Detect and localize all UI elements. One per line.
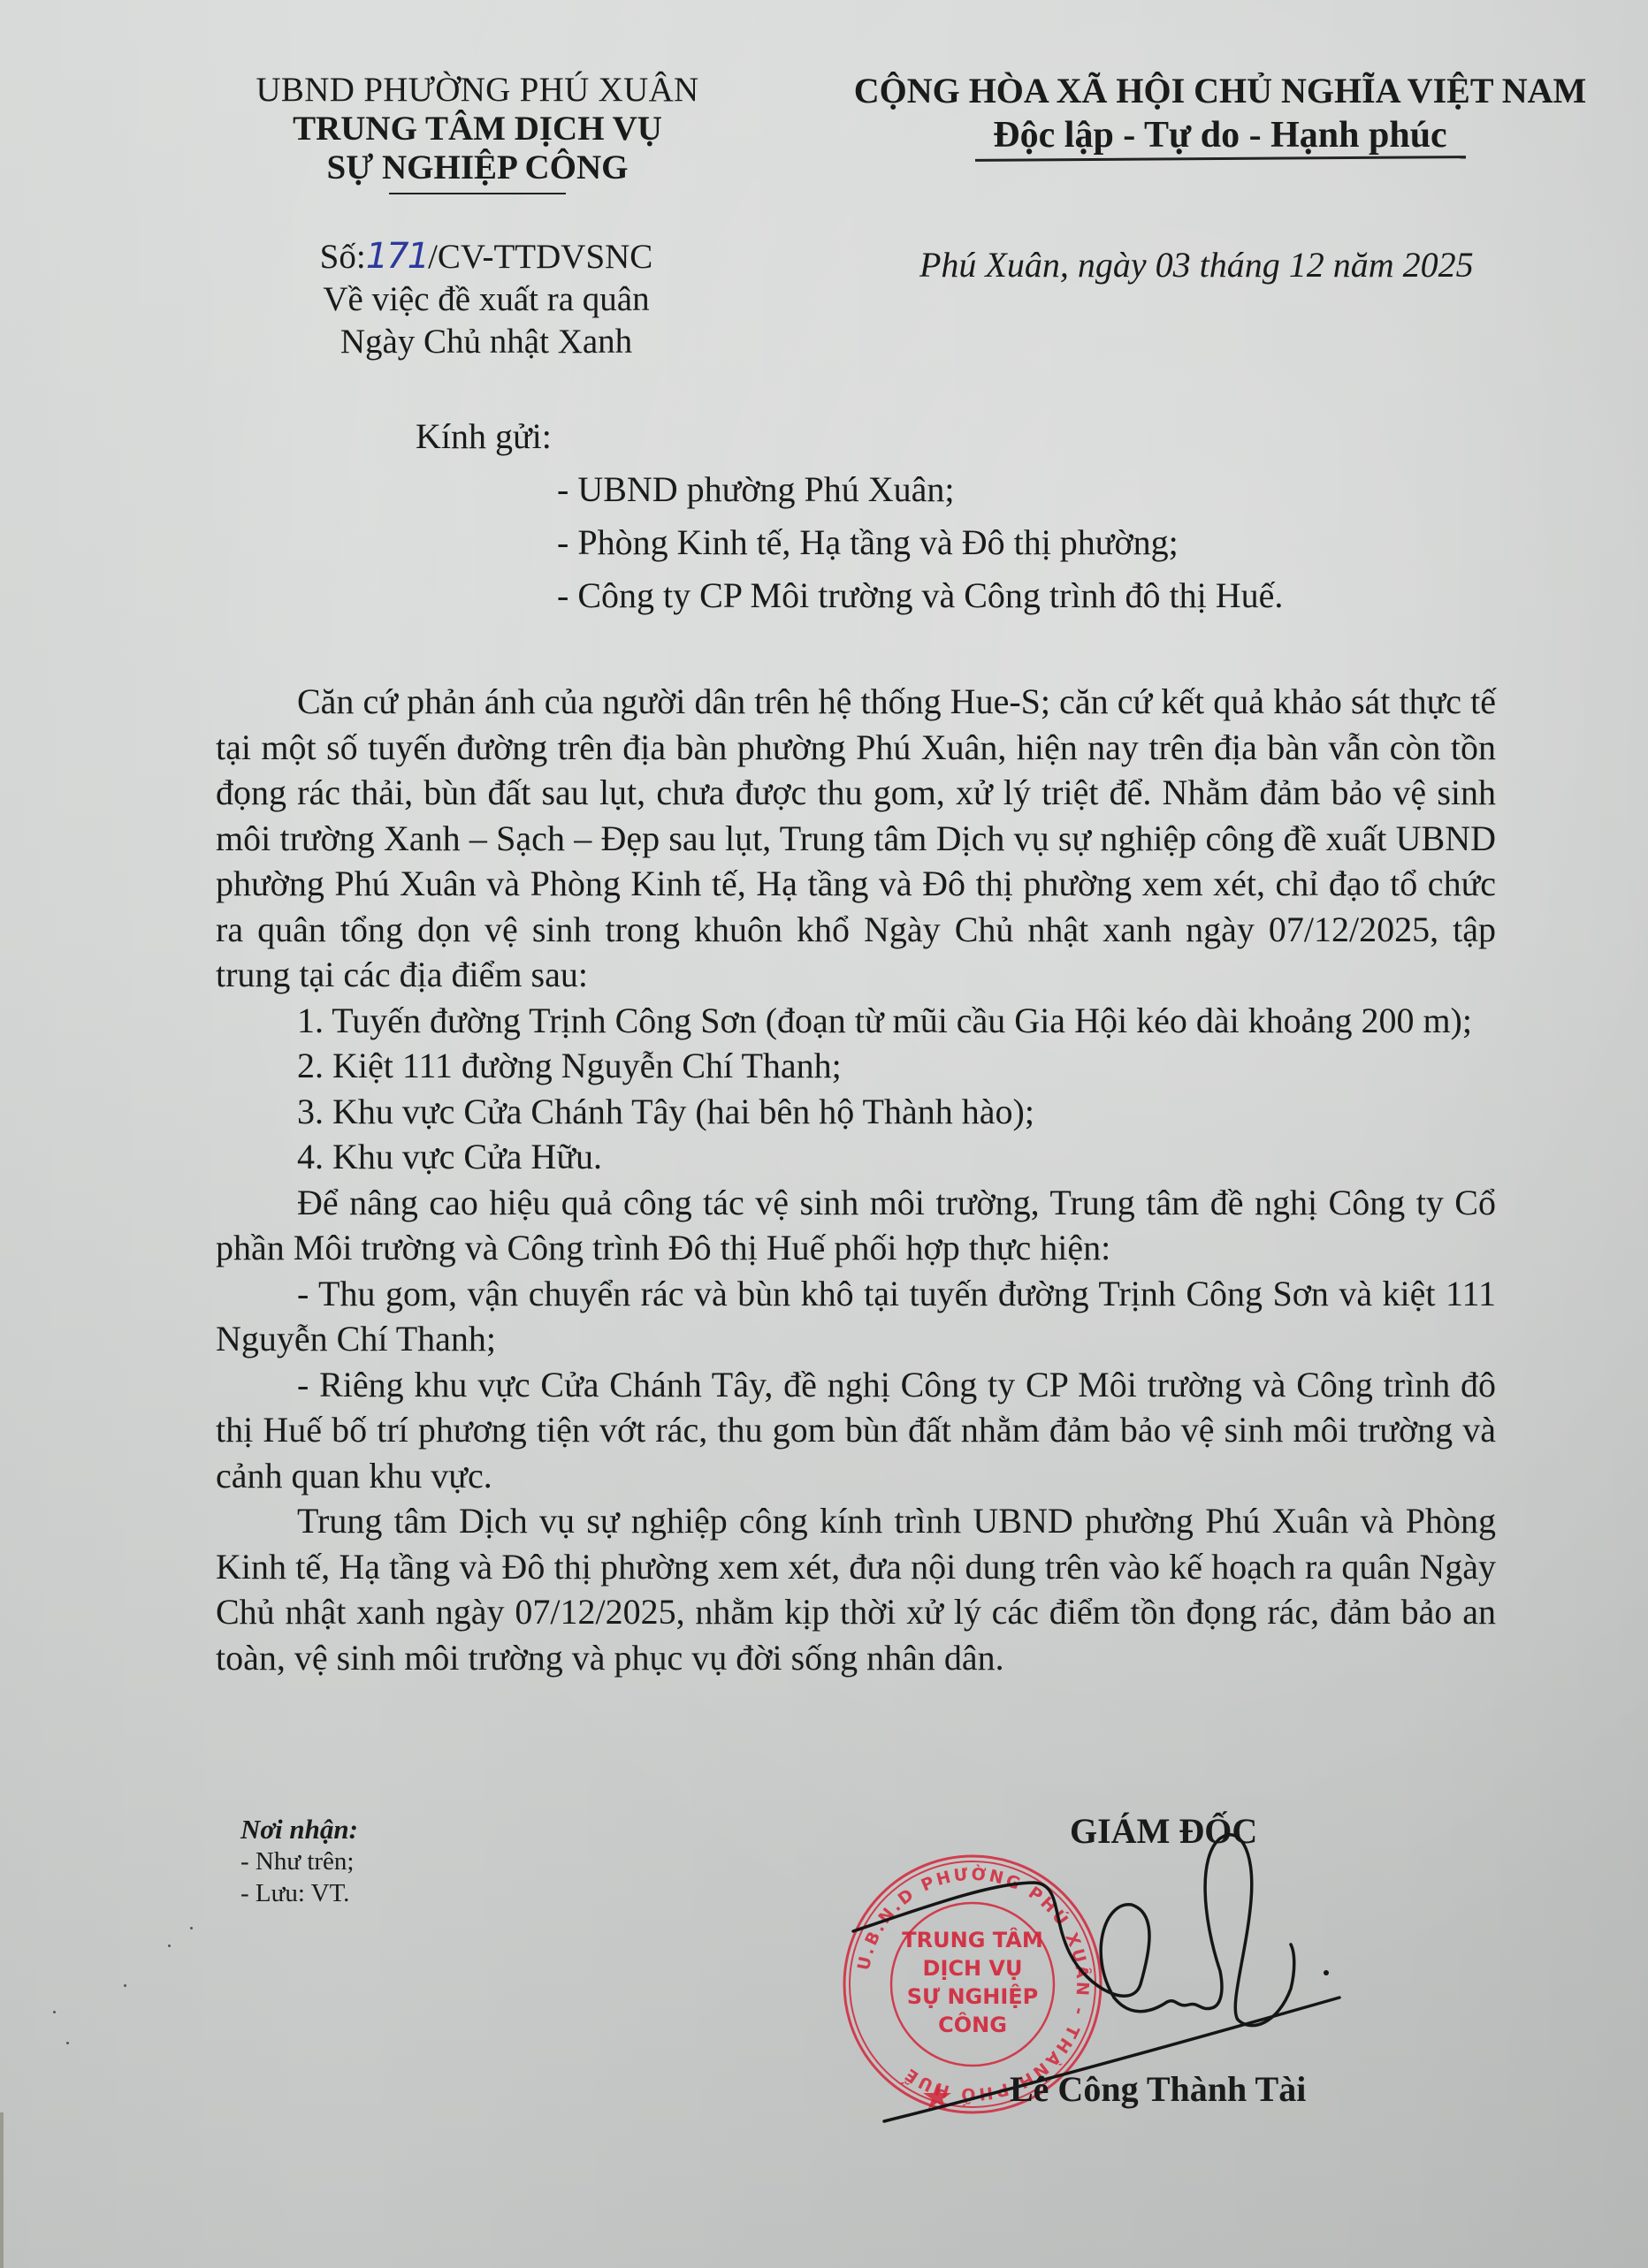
location-item: 2. Kiệt 111 đường Nguyễn Chí Thanh; (216, 1043, 1496, 1089)
signer-name: Lê Công Thành Tài (1010, 2068, 1306, 2110)
issuing-agency-header: UBND PHƯỜNG PHÚ XUÂN TRUNG TÂM DỊCH VỤ S… (212, 71, 743, 194)
recipient-item: - Phòng Kinh tế, Hạ tầng và Đô thị phườn… (557, 516, 1283, 569)
document-number: Số:171/CV-TTDVSNC (265, 235, 707, 278)
paper-speck (66, 2042, 69, 2044)
closing-paragraph: Trung tâm Dịch vụ sự nghiệp công kính tr… (216, 1498, 1496, 1680)
place-date: Phú Xuân, ngày 03 tháng 12 năm 2025 (919, 244, 1474, 285)
subject-line1: Về việc đề xuất ra quân (265, 278, 707, 321)
recipients-list: - UBND phường Phú Xuân;- Phòng Kinh tế, … (557, 463, 1283, 622)
request-intro: Để nâng cao hiệu quả công tác vệ sinh mô… (216, 1180, 1496, 1271)
distribution-list: Nơi nhận: - Như trên;- Lưu: VT. (240, 1814, 358, 1909)
header-underline (389, 193, 566, 194)
distribution-label: Nơi nhận: (240, 1814, 358, 1846)
number-suffix: /CV-TTDVSNC (428, 238, 652, 276)
paper-edge (0, 2112, 4, 2268)
document-number-block: Số:171/CV-TTDVSNC Về việc đề xuất ra quâ… (265, 235, 707, 363)
location-item: 3. Khu vực Cửa Chánh Tây (hai bên hộ Thà… (216, 1089, 1496, 1135)
paper-speck (190, 1927, 193, 1929)
unit-name-line1: TRUNG TÂM DỊCH VỤ (212, 110, 743, 148)
national-header: CỘNG HÒA XÃ HỘI CHỦ NGHĨA VIỆT NAM Độc l… (849, 69, 1591, 160)
request-item: - Thu gom, vận chuyển rác và bùn khô tại… (216, 1271, 1496, 1362)
paper-speck (168, 1945, 171, 1947)
recipient-item: - Công ty CP Môi trường và Công trình đô… (557, 569, 1283, 622)
document-body: Căn cứ phản ánh của người dân trên hệ th… (216, 679, 1496, 1680)
recipients-label: Kính gửi: (416, 410, 1283, 463)
recipient-item: - UBND phường Phú Xuân; (557, 463, 1283, 516)
paper-speck (124, 1984, 126, 1987)
intro-paragraph: Căn cứ phản ánh của người dân trên hệ th… (216, 679, 1496, 998)
requests-list: - Thu gom, vận chuyển rác và bùn khô tại… (216, 1271, 1496, 1499)
paper-speck (53, 2011, 56, 2013)
nation-name: CỘNG HÒA XÃ HỘI CHỦ NGHĨA VIỆT NAM (849, 69, 1591, 113)
request-item: - Riêng khu vực Cửa Chánh Tây, đề nghị C… (216, 1362, 1496, 1499)
location-item: 4. Khu vực Cửa Hữu. (216, 1134, 1496, 1180)
distribution-items: - Như trên;- Lưu: VT. (240, 1846, 358, 1909)
handwritten-number: 171 (366, 236, 428, 277)
parent-agency: UBND PHƯỜNG PHÚ XUÂN (212, 71, 743, 110)
number-prefix: Số: (320, 238, 366, 276)
location-item: 1. Tuyến đường Trịnh Công Sơn (đoạn từ m… (216, 998, 1496, 1044)
recipients: Kính gửi: - UBND phường Phú Xuân;- Phòng… (416, 410, 1283, 622)
distribution-item: - Lưu: VT. (240, 1877, 358, 1909)
unit-name-line2: SỰ NGHIỆP CÔNG (212, 148, 743, 187)
distribution-item: - Như trên; (240, 1846, 358, 1877)
national-motto: Độc lập - Tự do - Hạnh phúc (849, 113, 1591, 157)
subject-line2: Ngày Chủ nhật Xanh (265, 321, 707, 363)
locations-list: 1. Tuyến đường Trịnh Công Sơn (đoạn từ m… (216, 998, 1496, 1180)
